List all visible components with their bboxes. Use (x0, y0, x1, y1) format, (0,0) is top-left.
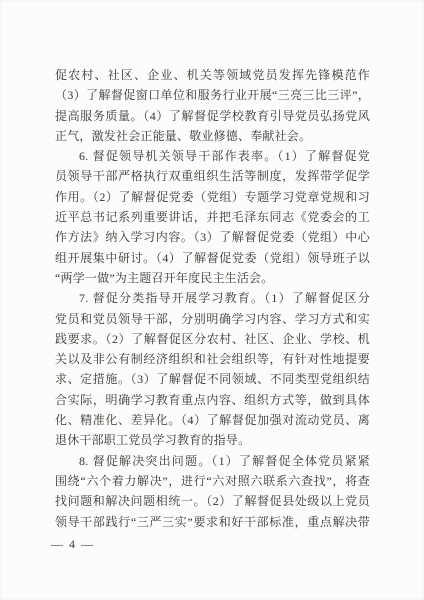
text-line: 6. 督促领导机关领导干部作表率。（1）了解督促党 (55, 146, 370, 166)
text-line: 退休干部职工党员学习教育的指导。 (55, 430, 370, 450)
text-line: 促农村、社区、企业、机关等领域党员发挥先锋模范作用。 (55, 65, 370, 85)
text-line: 7. 督促分类指导开展学习教育。（1）了解督促区分 (55, 288, 370, 308)
text-line: 求、定措施。（3）了解督促不同领域、不同类型党组织结 (55, 369, 370, 389)
text-line: 领导干部践行“三严三实”要求和好干部标准，重点解决带 (55, 512, 370, 532)
text-line: 合实际，明确学习教育重点内容、组织方式等，做到具体 (55, 390, 370, 410)
page-number: — 4 — (51, 537, 95, 552)
text-line: 员领导干部严格执行双重组织生活等制度，发挥带学促学 (55, 166, 370, 186)
text-line: 提高服务质量。（4）了解督促学校教育引导党员弘扬党风 (55, 106, 370, 126)
document-page: 促农村、社区、企业、机关等领域党员发挥先锋模范作用。（3）了解督促窗口单位和服务… (0, 0, 424, 600)
text-line: 化、精准化、差异化。（4）了解督促加强对流动党员、离 (55, 410, 370, 430)
text-line: 作方法》纳入学习内容。（3）了解督促党委（党组）中心 (55, 227, 370, 247)
text-line: 践要求。（2）了解督促区分农村、社区、企业、学校、机 (55, 329, 370, 349)
text-line: 近平总书记系列重要讲话，并把毛泽东同志《党委会的工 (55, 207, 370, 227)
text-line: 正气，激发社会正能量、敬业修德、奉献社会。 (55, 126, 370, 146)
text-line: 组开展集中研讨。（4）了解督促党委（党组）领导班子以 (55, 248, 370, 268)
text-line: 关以及非公有制经济组织和社会组织等，有针对性地提要 (55, 349, 370, 369)
text-line: 8. 督促解决突出问题。（1）了解督促全体党员紧紧 (55, 451, 370, 471)
text-line: “两学一做”为主题召开年度民主生活会。 (55, 268, 370, 288)
text-line: （3）了解督促窗口单位和服务行业开展“三亮三比三评”， (55, 85, 370, 105)
text-line: 党员和党员领导干部，分别明确学习内容、学习方式和实 (55, 309, 370, 329)
text-line: 围绕“六个着力解决”，进行“六对照六联系六查找”，将查 (55, 471, 370, 491)
text-block: 促农村、社区、企业、机关等领域党员发挥先锋模范作用。（3）了解督促窗口单位和服务… (55, 65, 370, 532)
text-line: 找问题和解决问题相统一。（2）了解督促县处级以上党员 (55, 491, 370, 511)
text-line: 作用。（2）了解督促党委（党组）专题学习党章党规和习 (55, 187, 370, 207)
